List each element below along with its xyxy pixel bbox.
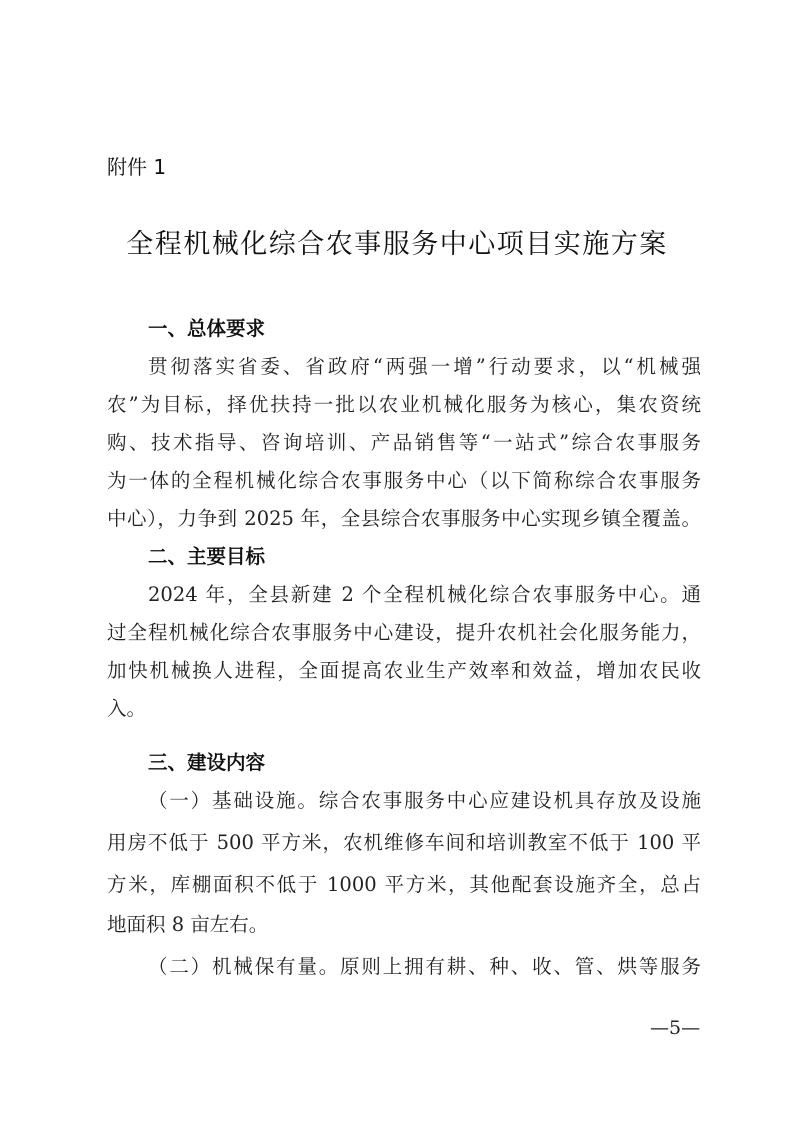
attachment-label: 附件 1 [107,151,166,180]
paragraph-line: 为一体的全程机械化综合农事服务中心（以下简称综合农事服务 [107,462,701,500]
document-page: 附件 1 全程机械化综合农事服务中心项目实施方案 一、总体要求 贯彻落实省委、省… [0,0,794,1122]
paragraph-line: 贯彻落实省委、省政府“两强一增”行动要求，以“机械强 [148,348,701,386]
paragraph-line: （二）机械保有量。原则上拥有耕、种、收、管、烘等服务 [148,948,701,986]
section-heading-1: 一、总体要求 [148,310,265,348]
paragraph-line: 2024 年，全县新建 2 个全程机械化综合农事服务中心。通 [148,576,701,614]
section-heading-3: 三、建设内容 [148,744,265,782]
paragraph-line: 地面积 8 亩左右。 [107,906,701,944]
paragraph-line: 入。 [107,690,701,728]
section-heading-2: 二、主要目标 [148,538,265,576]
paragraph-line: 中心），力争到 2025 年，全县综合农事服务中心实现乡镇全覆盖。 [107,500,701,538]
paragraph-line: 过全程机械化综合农事服务中心建设，提升农机社会化服务能力， [107,614,701,652]
paragraph-line: 加快机械换人进程，全面提高农业生产效率和效益，增加农民收 [107,652,701,690]
paragraph-line: 用房不低于 500 平方米，农机维修车间和培训教室不低于 100 平 [107,824,701,862]
paragraph-line: 方米，库棚面积不低于 1000 平方米，其他配套设施齐全，总占 [107,866,701,904]
paragraph-line: （一）基础设施。综合农事服务中心应建设机具存放及设施 [148,782,701,820]
page-number: —5— [650,1017,700,1039]
paragraph-line: 购、技术指导、咨询培训、产品销售等“一站式”综合农事服务 [107,424,701,462]
document-title: 全程机械化综合农事服务中心项目实施方案 [0,222,794,261]
paragraph-line: 农”为目标，择优扶持一批以农业机械化服务为核心，集农资统 [107,386,701,424]
